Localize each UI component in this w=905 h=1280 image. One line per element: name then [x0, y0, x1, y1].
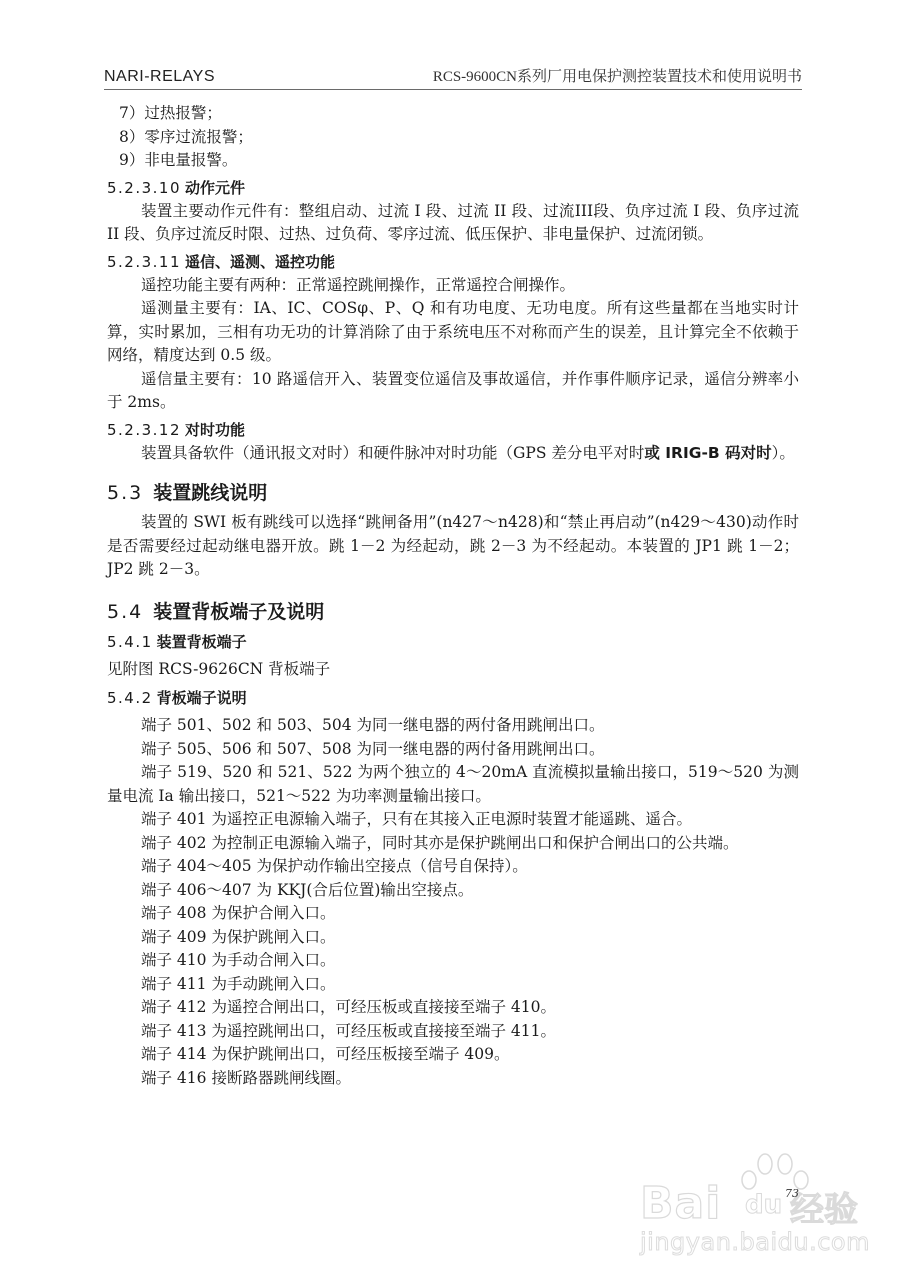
page-header: NARI-RELAYS RCS-9600CN系列厂用电保护测控装置技术和使用说明… [104, 62, 802, 90]
terminal-item: 端子 505、506 和 507、508 为同一继电器的两付备用跳闸出口。 [107, 738, 799, 762]
terminal-item: 端子 416 接断路器跳闸线圈。 [107, 1067, 799, 1091]
section-title: 背板端子说明 [157, 689, 247, 707]
section-number: 5.2.3.11 [107, 253, 181, 271]
section-number: 5.2.3.10 [107, 179, 181, 197]
section-number: 5.3 [107, 482, 143, 504]
time-sync-text: 装置具备软件（通讯报文对时）和硬件脉冲对时功能（GPS 差分电平对时 [141, 444, 644, 462]
terminal-list: 端子 501、502 和 503、504 为同一继电器的两付备用跳闸出口。 端子… [107, 714, 799, 1090]
terminal-item: 端子 519、520 和 521、522 为两个独立的 4～20mA 直流模拟量… [107, 761, 799, 808]
section-heading-5-2-3-10: 5.2.3.10动作元件 [107, 176, 799, 200]
page-number: 73 [785, 1187, 799, 1200]
section-heading-5-4-1: 5.4.1装置背板端子 [107, 630, 799, 654]
terminal-item: 端子 414 为保护跳闸出口，可经压板接至端子 409。 [107, 1043, 799, 1067]
section-title: 装置背板端子 [157, 633, 247, 651]
alarm-list: 7）过热报警； 8）零序过流报警； 9）非电量报警。 [107, 102, 799, 173]
watermark-brand-du: du [745, 1190, 782, 1220]
list-item: 8）零序过流报警； [107, 126, 799, 150]
paragraph-telemetry: 遥测量主要有：IA、IC、COSφ、P、Q 和有功电度、无功电度。所有这些量都在… [107, 297, 799, 368]
paragraph-telesignal: 遥信量主要有：10 路遥信开入、装置变位遥信及事故遥信，并作事件顺序记录，遥信分… [107, 368, 799, 415]
terminal-item: 端子 413 为遥控跳闸出口，可经压板或直接接至端子 411。 [107, 1020, 799, 1044]
terminal-item: 端子 404～405 为保护动作输出空接点（信号自保持）。 [107, 855, 799, 879]
section-heading-5-4: 5.4装置背板端子及说明 [107, 598, 799, 626]
section-title: 装置跳线说明 [153, 482, 267, 504]
section-heading-5-4-2: 5.4.2背板端子说明 [107, 686, 799, 710]
paragraph-time-sync: 装置具备软件（通讯报文对时）和硬件脉冲对时功能（GPS 差分电平对时或 IRIG… [107, 442, 799, 466]
terminal-item: 端子 408 为保护合闸入口。 [107, 902, 799, 926]
paragraph-remote-control: 遥控功能主要有两种：正常遥控跳闸操作，正常遥控合闸操作。 [107, 274, 799, 298]
terminal-item: 端子 401 为遥控正电源输入端子，只有在其接入正电源时装置才能遥跳、遥合。 [107, 808, 799, 832]
baidu-jingyan-watermark: Bai du 经验 jingyan.baidu.com [640, 1150, 870, 1260]
section-heading-5-2-3-12: 5.2.3.12对时功能 [107, 418, 799, 442]
section-number: 5.4.2 [107, 689, 153, 707]
terminal-item: 端子 410 为手动合闸入口。 [107, 949, 799, 973]
section-heading-5-3: 5.3装置跳线说明 [107, 479, 799, 507]
watermark-brand-bai: Bai [640, 1178, 721, 1229]
list-item: 7）过热报警； [107, 102, 799, 126]
page-content: 7）过热报警； 8）零序过流报警； 9）非电量报警。 5.2.3.10动作元件 … [107, 102, 799, 1090]
section-title: 动作元件 [185, 179, 245, 197]
paragraph-backplane-ref: 见附图 RCS-9626CN 背板端子 [107, 658, 799, 682]
watermark-brand-jingyan: 经验 [790, 1182, 858, 1231]
terminal-item: 端子 406～407 为 KKJ(合后位置)输出空接点。 [107, 879, 799, 903]
terminal-item: 端子 409 为保护跳闸入口。 [107, 926, 799, 950]
paragraph-action-elements: 装置主要动作元件有：整组启动、过流 I 段、过流 II 段、过流III段、负序过… [107, 200, 799, 247]
time-sync-end: ）。 [772, 444, 795, 462]
section-title: 遥信、遥测、遥控功能 [185, 253, 335, 271]
header-brand: NARI-RELAYS [104, 68, 215, 86]
section-number: 5.4.1 [107, 633, 153, 651]
section-heading-5-2-3-11: 5.2.3.11遥信、遥测、遥控功能 [107, 250, 799, 274]
paragraph-jumper: 装置的 SWI 板有跳线可以选择“跳闸备用”(n427～n428)和“禁止再启动… [107, 511, 799, 582]
section-number: 5.4 [107, 601, 143, 623]
header-document-title: RCS-9600CN系列厂用电保护测控装置技术和使用说明书 [433, 65, 802, 86]
terminal-item: 端子 411 为手动跳闸入口。 [107, 973, 799, 997]
terminal-item: 端子 501、502 和 503、504 为同一继电器的两付备用跳闸出口。 [107, 714, 799, 738]
terminal-item: 端子 412 为遥控合闸出口，可经压板或直接接至端子 410。 [107, 996, 799, 1020]
list-item: 9）非电量报警。 [107, 149, 799, 173]
terminal-item: 端子 402 为控制正电源输入端子，同时其亦是保护跳闸出口和保护合闸出口的公共端… [107, 832, 799, 856]
document-page: NARI-RELAYS RCS-9600CN系列厂用电保护测控装置技术和使用说明… [107, 62, 799, 1090]
section-number: 5.2.3.12 [107, 421, 181, 439]
watermark-url: jingyan.baidu.com [640, 1228, 870, 1256]
section-title: 对时功能 [185, 421, 245, 439]
time-sync-bold-text: 或 IRIG-B 码对时 [644, 444, 771, 462]
section-title: 装置背板端子及说明 [153, 601, 324, 623]
